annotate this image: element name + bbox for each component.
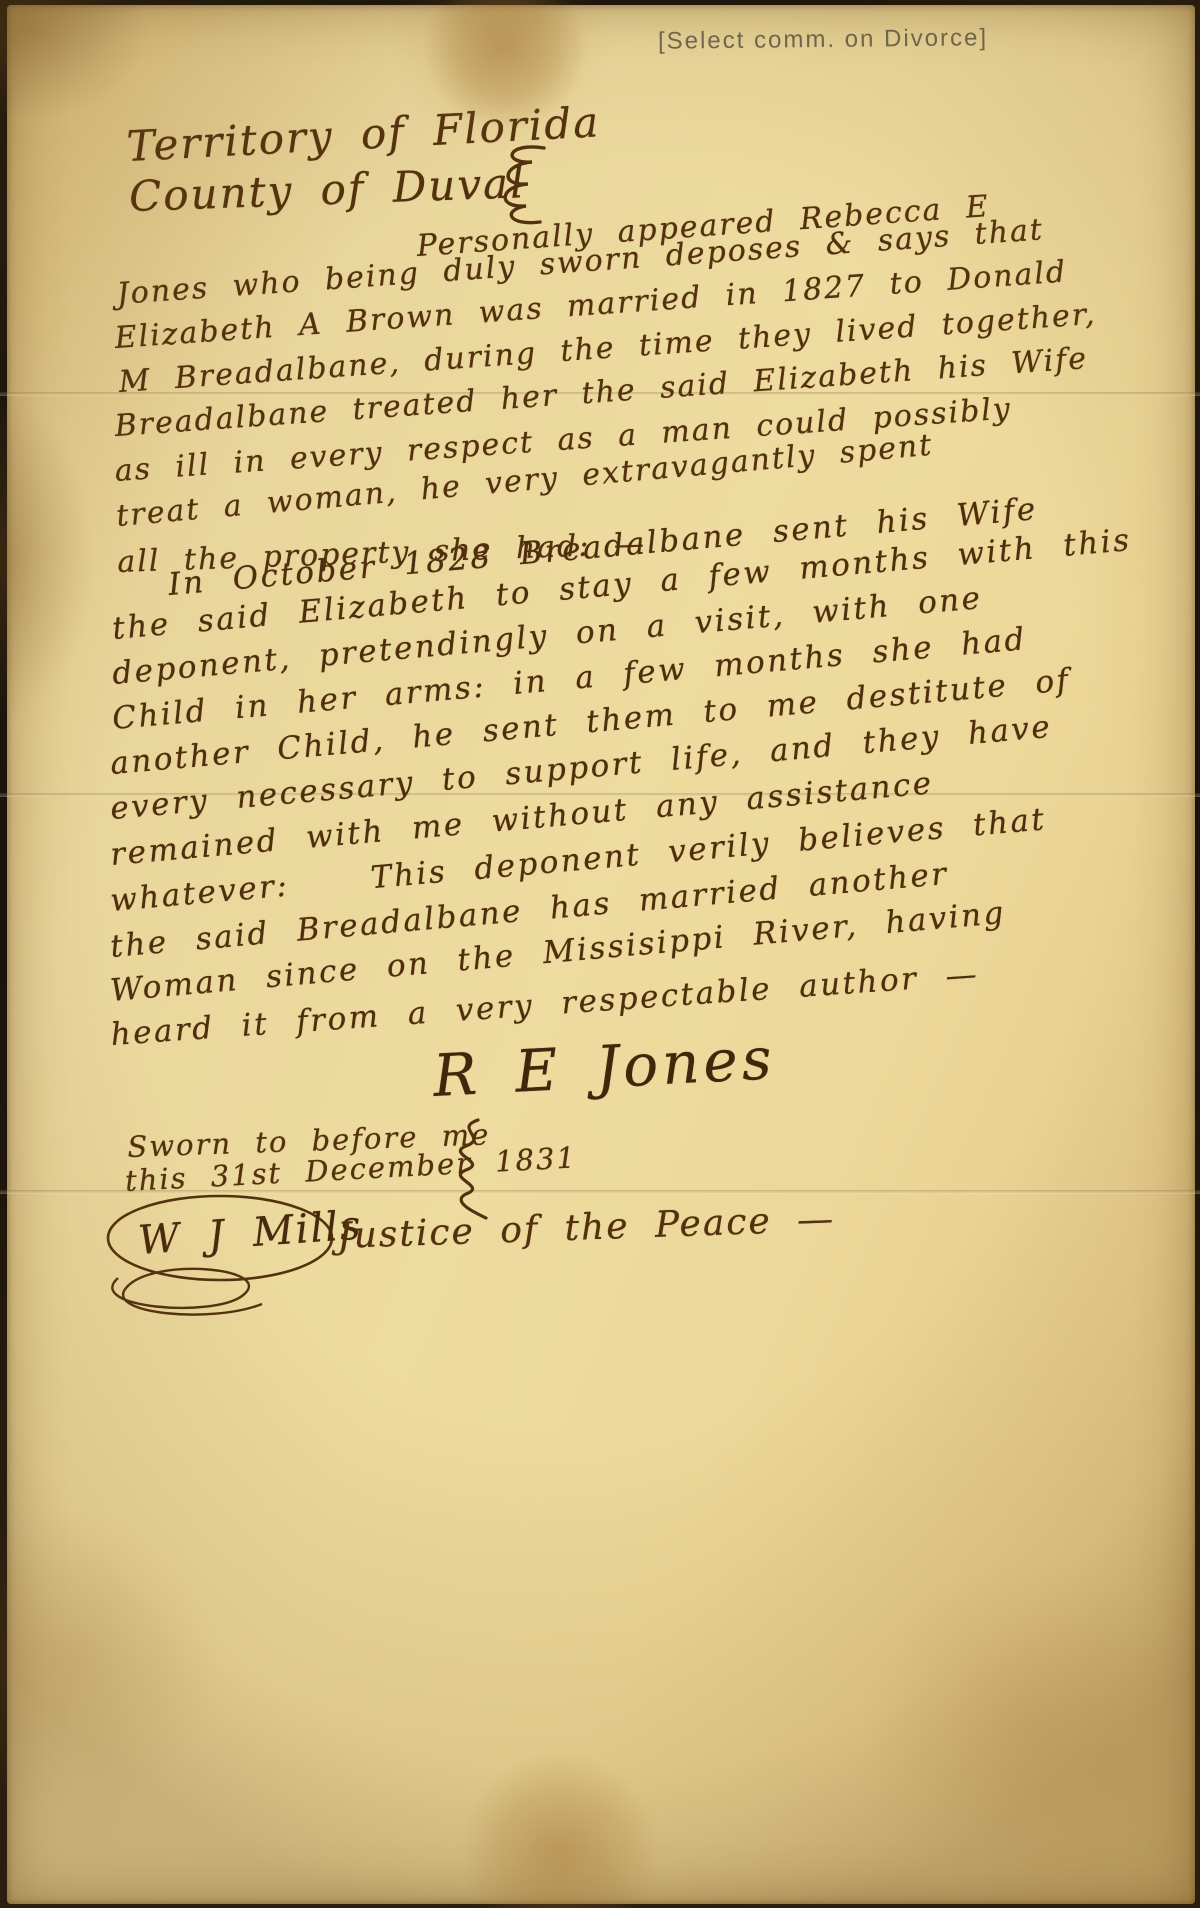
- archivist-annotation: [Select comm. on Divorce]: [658, 24, 988, 55]
- scanned-document-page: [Select comm. on Divorce] Territory of F…: [0, 0, 1200, 1908]
